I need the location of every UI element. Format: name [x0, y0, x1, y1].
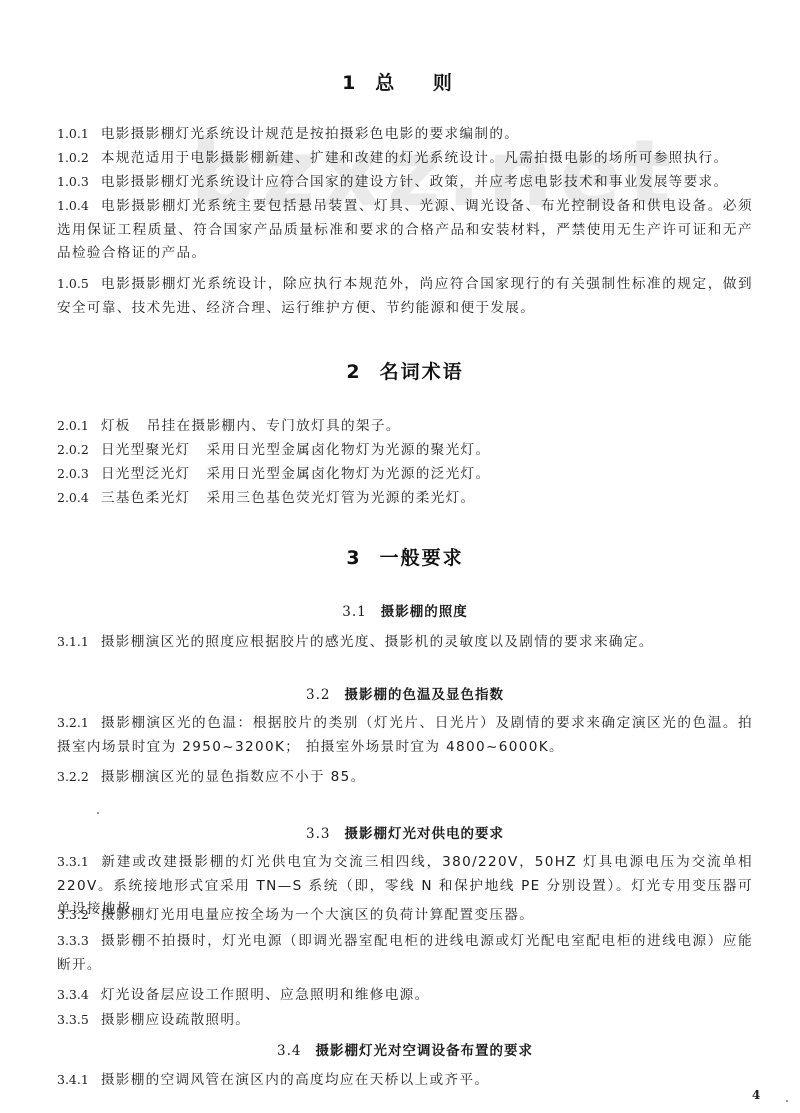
clause-number: 2.0.3: [57, 466, 89, 481]
section-title: 一般要求: [380, 547, 464, 569]
section-heading-2: 2名词术语: [57, 357, 753, 384]
clause-text: 摄影棚演区光的照度应根据胶片的感光度、摄影机的灵敏度以及剧情的要求来确定。: [101, 634, 654, 650]
document-page: bzxz.net 1总 则 1.0.1电影摄影棚灯光系统设计规范是按拍摄彩色电影…: [0, 0, 800, 1113]
clause-number: 2.0.1: [57, 418, 89, 433]
section-number: 1: [342, 72, 357, 94]
clause-number: 2.0.4: [57, 490, 89, 505]
clause-text: 灯光设备层应设工作照明、应急照明和维修电源。: [101, 987, 430, 1003]
clause-number: 3.3.2: [57, 907, 89, 922]
clause-2-0-4: 2.0.4三基色柔光灯采用三色基色荧光灯管为光源的柔光灯。: [57, 486, 753, 511]
clause-1-0-5: 1.0.5电影摄影棚灯光系统设计，除应执行本规范外，尚应符合国家现行的有关强制性…: [57, 272, 753, 320]
clause-number: 2.0.2: [57, 442, 89, 457]
clause-3-3-3: 3.3.3摄影棚不拍摄时，灯光电源（即调光器室配电柜的进线电源或灯光配电室配电柜…: [57, 929, 753, 977]
definition: 采用三色基色荧光灯管为光源的柔光灯。: [206, 490, 475, 506]
clause-3-4-1: 3.4.1摄影棚的空调风管在演区内的高度均应在天桥以上或齐平。: [57, 1068, 753, 1093]
clause-number: 3.3.1: [57, 854, 89, 869]
subsection-heading-3-2: 3.2摄影棚的色温及显色指数: [57, 683, 753, 703]
term: 灯板: [101, 418, 131, 434]
clause-text: 电影摄影棚灯光系统主要包括悬吊装置、灯具、光源、调光设备、布光控制设备和供电设备…: [57, 198, 753, 261]
subsection-heading-3-3: 3.3摄影棚灯光对供电的要求: [57, 822, 753, 842]
clause-text: 电影摄影棚灯光系统设计规范是按拍摄彩色电影的要求编制的。: [101, 126, 519, 142]
section-title: 总 则: [375, 72, 468, 94]
clause-text: 摄影棚应设疏散照明。: [101, 1012, 250, 1028]
subsection-number: 3.2: [306, 687, 330, 703]
subsection-number: 3.4: [277, 1043, 301, 1059]
clause-3-3-2: 3.3.2摄影棚灯光用电量应按全场为一个大演区的负荷计算配置变压器。: [57, 903, 753, 928]
section-title: 名词术语: [380, 361, 464, 383]
clause-3-2-2: 3.2.2摄影棚演区光的显色指数应不小于 85。: [57, 765, 753, 790]
definition: 采用日光型金属卤化物灯为光源的聚光灯。: [206, 442, 490, 458]
clause-number: 3.3.3: [57, 933, 89, 948]
section-number: 3: [346, 547, 361, 569]
section-heading-3: 3一般要求: [57, 543, 753, 570]
clause-text: 电影摄影棚灯光系统设计应符合国家的建设方针、政策，并应考虑电影技术和事业发展等要…: [101, 174, 729, 190]
clause-2-0-2: 2.0.2日光型聚光灯采用日光型金属卤化物灯为光源的聚光灯。: [57, 438, 753, 463]
clause-number: 1.0.2: [57, 150, 89, 165]
subsection-number: 3.3: [306, 826, 330, 842]
clause-3-3-5: 3.3.5摄影棚应设疏散照明。: [57, 1008, 753, 1033]
clause-text: 摄影棚不拍摄时，灯光电源（即调光器室配电柜的进线电源或灯光配电室配电柜的进线电源…: [57, 933, 753, 973]
definition: 采用日光型金属卤化物灯为光源的泛光灯。: [206, 466, 490, 482]
term: 日光型聚光灯: [101, 442, 191, 458]
clause-number: 3.1.1: [57, 634, 89, 649]
page-number: 4: [752, 1088, 760, 1102]
subsection-title: 摄影棚灯光对空调设备布置的要求: [315, 1043, 533, 1059]
clause-text: 本规范适用于电影摄影棚新建、扩建和改建的灯光系统设计。凡需拍摄电影的场所可参照执…: [101, 150, 729, 166]
clause-2-0-1: 2.0.1灯板吊挂在摄影棚内、专门放灯具的架子。: [57, 414, 753, 439]
clause-number: 3.4.1: [57, 1072, 89, 1087]
clause-1-0-2: 1.0.2本规范适用于电影摄影棚新建、扩建和改建的灯光系统设计。凡需拍摄电影的场…: [57, 146, 753, 171]
clause-3-2-1: 3.2.1摄影棚演区光的色温：根据胶片的类别（灯光片、日光片）及剧情的要求来确定…: [57, 711, 753, 759]
subsection-heading-3-1: 3.1摄影棚的照度: [57, 600, 753, 620]
clause-number: 3.2.2: [57, 769, 89, 784]
subsection-number: 3.1: [342, 604, 366, 620]
clause-1-0-3: 1.0.3电影摄影棚灯光系统设计应符合国家的建设方针、政策，并应考虑电影技术和事…: [57, 170, 753, 195]
clause-1-0-4: 1.0.4电影摄影棚灯光系统主要包括悬吊装置、灯具、光源、调光设备、布光控制设备…: [57, 194, 753, 266]
clause-3-1-1: 3.1.1摄影棚演区光的照度应根据胶片的感光度、摄影机的灵敏度以及剧情的要求来确…: [57, 630, 753, 655]
clause-3-3-4: 3.3.4灯光设备层应设工作照明、应急照明和维修电源。: [57, 983, 753, 1008]
clause-text: 摄影棚演区光的色温：根据胶片的类别（灯光片、日光片）及剧情的要求来确定演区光的色…: [57, 715, 753, 755]
clause-text: 摄影棚灯光用电量应按全场为一个大演区的负荷计算配置变压器。: [101, 907, 534, 923]
clause-text: 摄影棚演区光的显色指数应不小于 85。: [101, 769, 366, 785]
clause-number: 3.2.1: [57, 715, 89, 730]
subsection-title: 摄影棚的色温及显色指数: [344, 687, 504, 703]
clause-number: 1.0.5: [57, 276, 89, 291]
clause-number: 1.0.3: [57, 174, 89, 189]
subsection-title: 摄影棚灯光对供电的要求: [344, 826, 504, 842]
scan-speck: [97, 812, 99, 814]
clause-1-0-1: 1.0.1电影摄影棚灯光系统设计规范是按拍摄彩色电影的要求编制的。: [57, 122, 753, 147]
subsection-title: 摄影棚的照度: [381, 604, 468, 620]
term: 日光型泛光灯: [101, 466, 191, 482]
clause-number: 3.3.5: [57, 1012, 89, 1027]
section-heading-1: 1总 则: [57, 68, 753, 95]
clause-text: 摄影棚的空调风管在演区内的高度均应在天桥以上或齐平。: [101, 1072, 490, 1088]
section-number: 2: [346, 361, 361, 383]
clause-text: 电影摄影棚灯光系统设计，除应执行本规范外，尚应符合国家现行的有关强制性标准的规定…: [57, 276, 753, 316]
scan-speck: [786, 1100, 788, 1102]
definition: 吊挂在摄影棚内、专门放灯具的架子。: [147, 418, 401, 434]
clause-2-0-3: 2.0.3日光型泛光灯采用日光型金属卤化物灯为光源的泛光灯。: [57, 462, 753, 487]
term: 三基色柔光灯: [101, 490, 191, 506]
subsection-heading-3-4: 3.4摄影棚灯光对空调设备布置的要求: [57, 1039, 753, 1059]
clause-number: 3.3.4: [57, 987, 89, 1002]
clause-number: 1.0.4: [57, 198, 89, 213]
clause-number: 1.0.1: [57, 126, 89, 141]
